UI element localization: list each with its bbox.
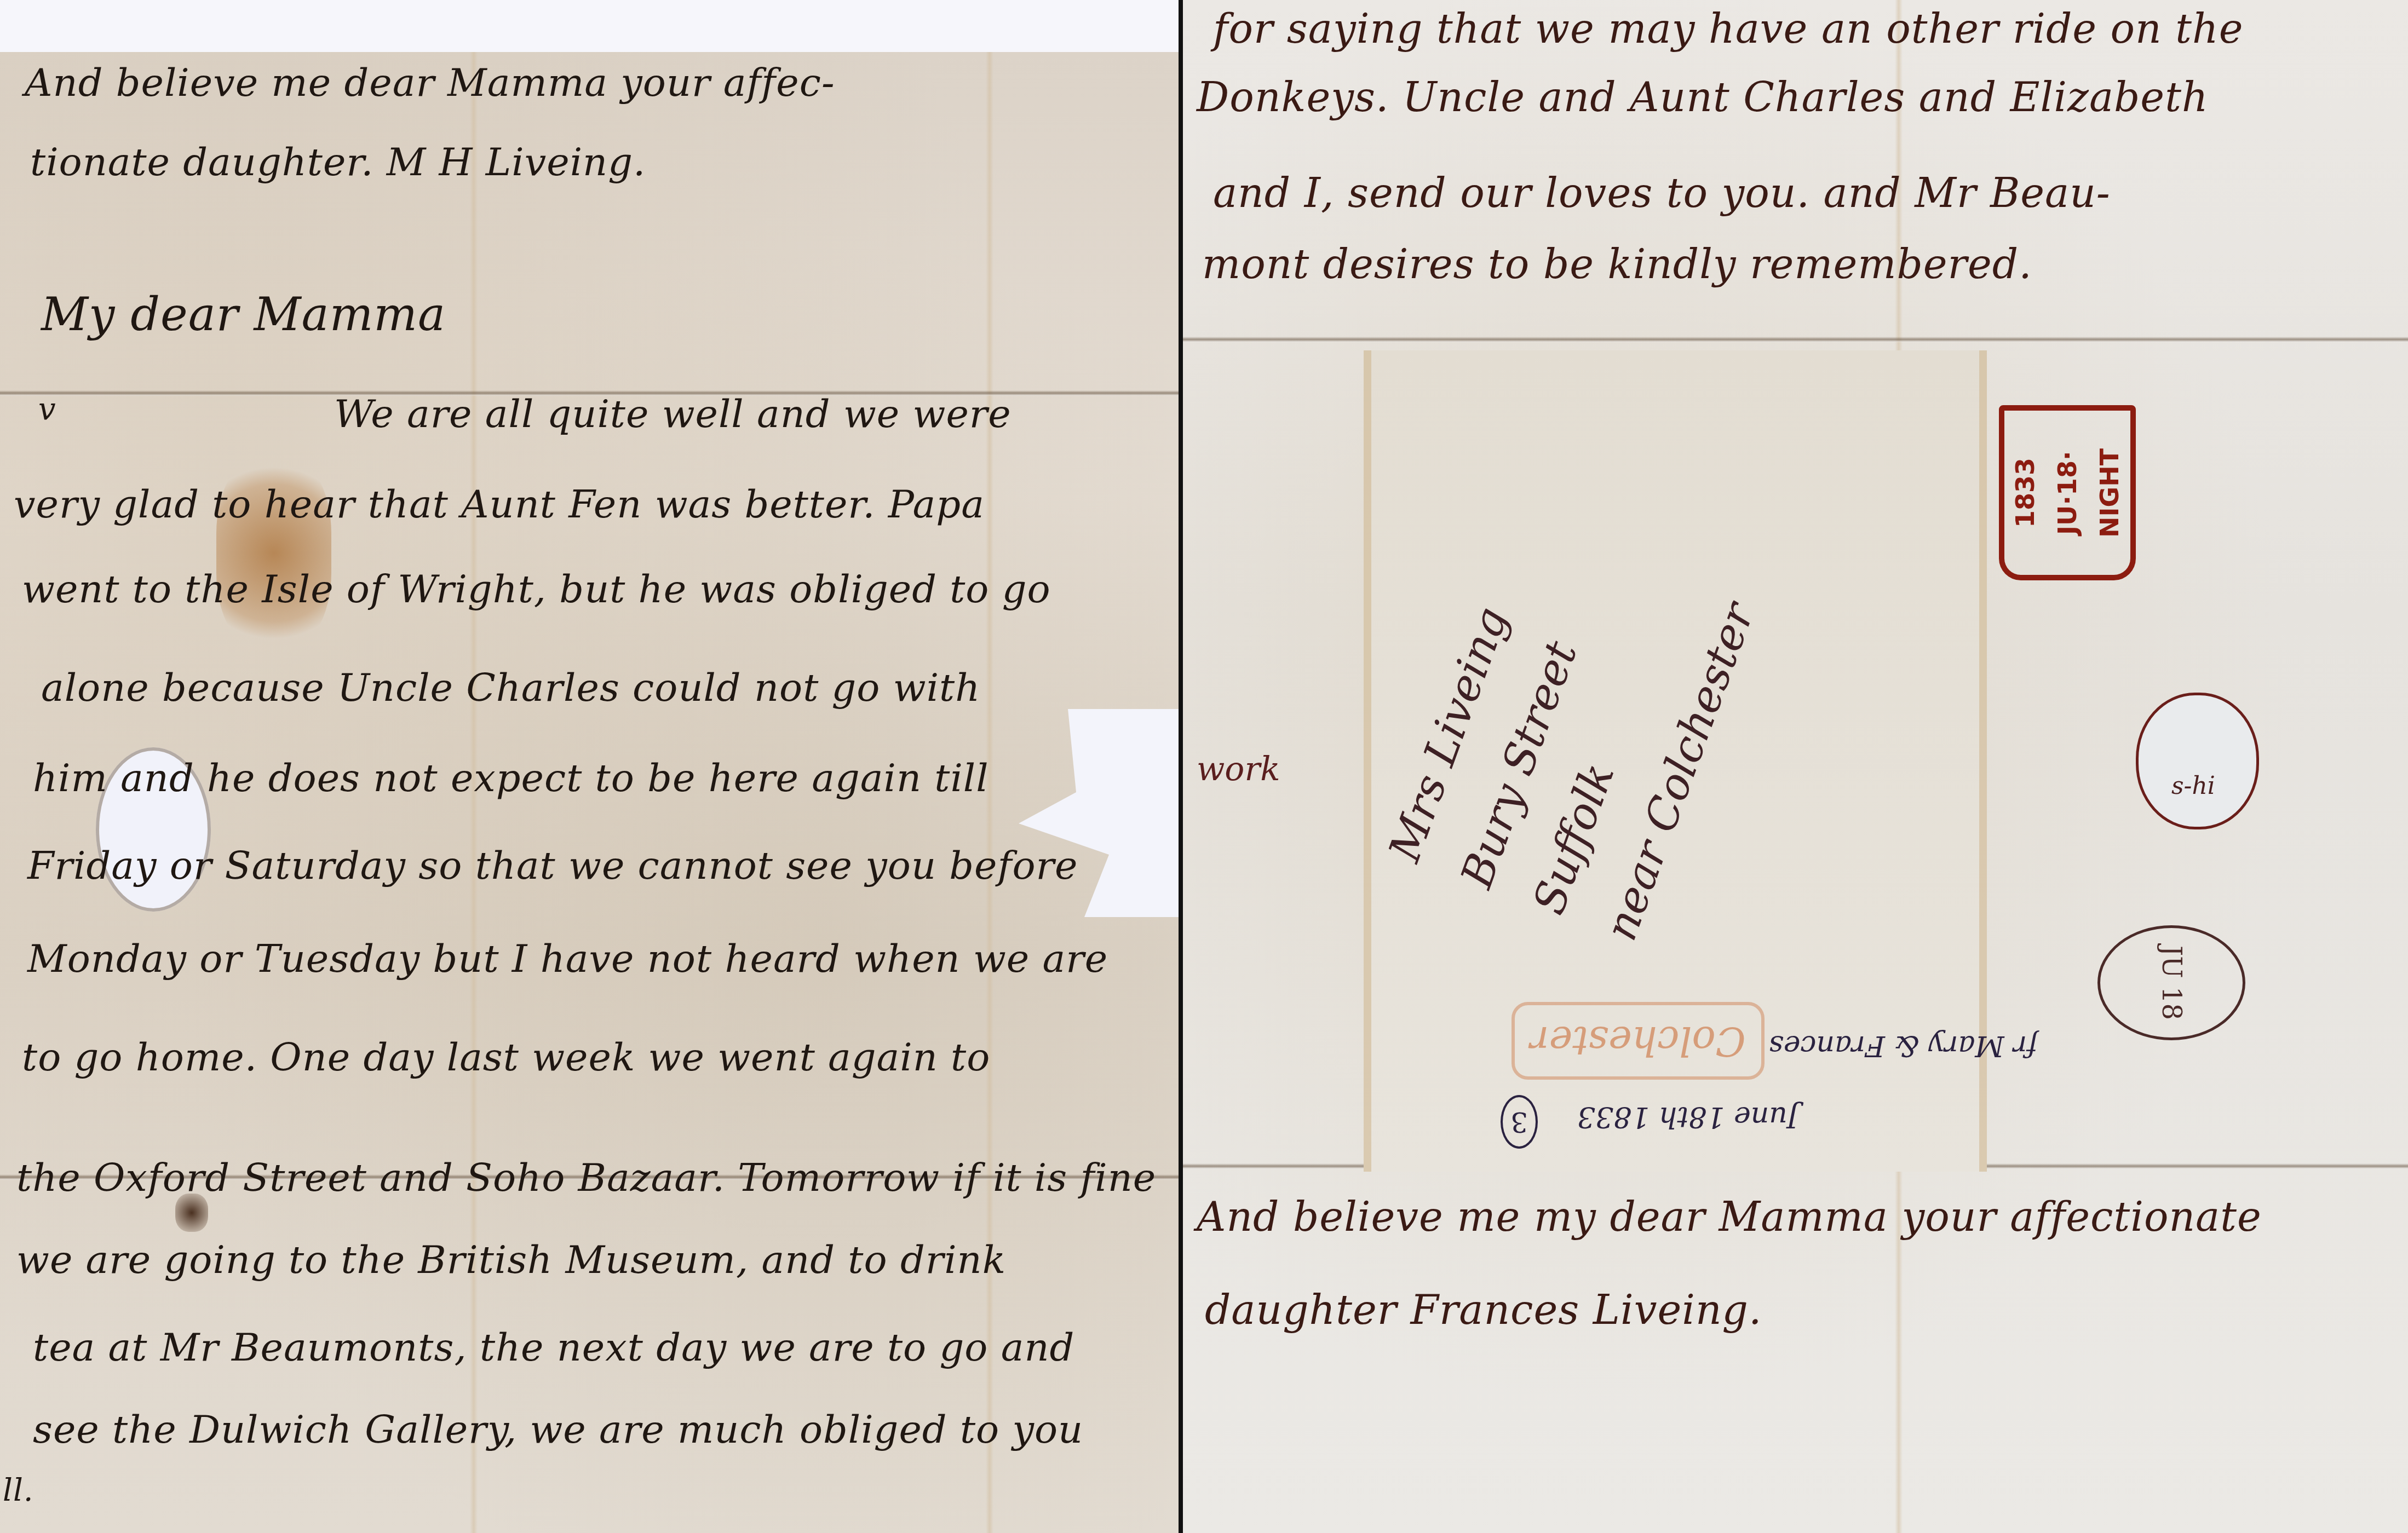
letter-page-left: And believe me dear Mamma your affec- ti… xyxy=(0,0,1179,1533)
page-divider xyxy=(1179,0,1183,1533)
body-line: see the Dulwich Gallery, we are much obl… xyxy=(33,1407,1083,1452)
body-line: mont desires to be kindly remembered. xyxy=(1202,241,2032,288)
body-line: Monday or Tuesday but I have not heard w… xyxy=(27,936,1108,981)
postmark-text: NIGHT xyxy=(2095,448,2124,537)
archive-note-date: June 18th 1833 xyxy=(1577,1100,1799,1133)
body-line: went to the Isle of Wright, but he was o… xyxy=(22,567,1051,612)
seal-fragment-text: s-hi xyxy=(2171,772,2215,800)
letter-page-right: for saying that we may have an other rid… xyxy=(1183,0,2408,1533)
trailing-fragment: ll. xyxy=(3,1473,34,1508)
body-line: tea at Mr Beaumonts, the next day we are… xyxy=(33,1325,1074,1370)
archive-note-from: fr Mary & Frances xyxy=(1769,1029,2037,1062)
archive-number: 3 xyxy=(1501,1095,1538,1149)
postmark-text: JU·18· xyxy=(2053,451,2082,534)
faded-town-stamp: Colchester xyxy=(1512,1002,1765,1080)
salutation: My dear Mamma xyxy=(41,287,446,341)
seal-hole: s-hi xyxy=(2139,695,2256,827)
circle-postmark: JU 18 xyxy=(2097,925,2245,1040)
red-postmark: NIGHT JU·18· 1833 xyxy=(1999,405,2136,580)
margin-mark: v xyxy=(38,391,56,427)
body-line: the Oxford Street and Soho Bazaar. Tomor… xyxy=(16,1155,1156,1200)
body-line: We are all quite well and we were xyxy=(334,391,1012,436)
closing-line: daughter Frances Liveing. xyxy=(1205,1287,1762,1334)
body-line: very glad to hear that Aunt Fen was bett… xyxy=(14,482,985,527)
closing-line: tionate daughter. M H Liveing. xyxy=(30,140,646,185)
body-line: alone because Uncle Charles could not go… xyxy=(41,665,980,710)
closing-line: And believe me dear Mamma your affec- xyxy=(25,60,835,105)
postmark-text: 1833 xyxy=(2010,458,2040,528)
body-line: we are going to the British Museum, and … xyxy=(16,1237,1006,1282)
body-line: him and he does not expect to be here ag… xyxy=(33,756,989,800)
body-line: to go home. One day last week we went ag… xyxy=(22,1035,990,1080)
fold-line xyxy=(1183,337,2408,342)
stamp-text: Colchester xyxy=(1530,1018,1746,1064)
postmark-text: JU 18 xyxy=(2156,946,2187,1020)
fragment-text: work xyxy=(1197,750,1280,788)
archive-number-text: 3 xyxy=(1510,1106,1528,1138)
body-line: Donkeys. Uncle and Aunt Charles and Eliz… xyxy=(1197,74,2209,121)
body-line: for saying that we may have an other rid… xyxy=(1213,5,2244,53)
body-line: Friday or Saturday so that we cannot see… xyxy=(27,843,1078,888)
body-line: and I, send our loves to you. and Mr Bea… xyxy=(1213,170,2111,217)
closing-line: And believe me my dear Mamma your affect… xyxy=(1197,1194,2262,1241)
